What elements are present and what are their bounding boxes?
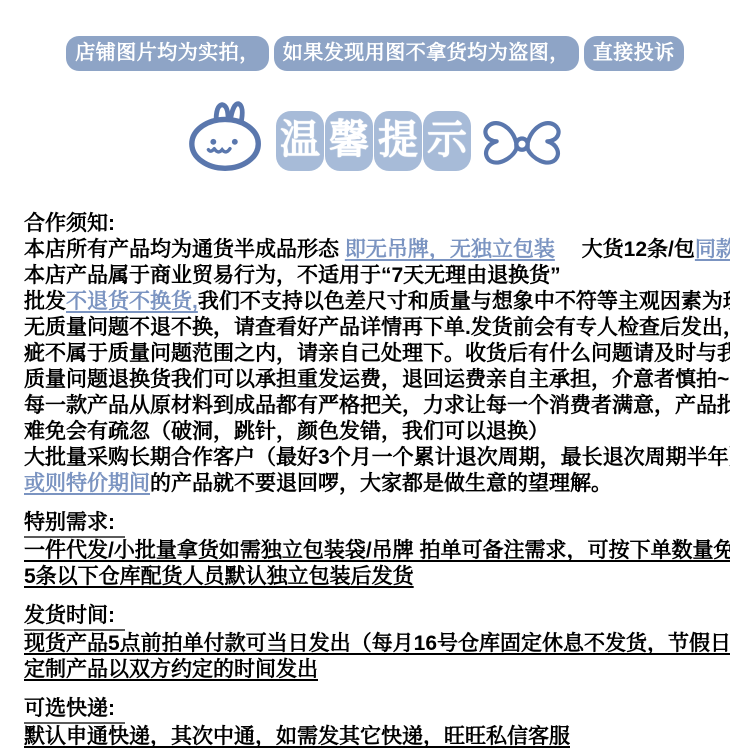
notice-text: 的产品就不要退回啰，大家都是做生意的望理解。 (150, 472, 612, 495)
special-needs-heading: 特别需求: (24, 510, 730, 538)
notice-line: 默认申通快递，其次中通，如需发其它快递，旺旺私信客服 (24, 724, 730, 750)
notice-line: 一件代发/小批量拿货如需独立包装袋/吊牌 拍单可备注需求，可按下单数量免费提供 (24, 538, 730, 564)
highlight-same-style-text: 同款同色同码 (695, 238, 730, 261)
highlight-no-tag-text: 即无吊牌，无独立包装 (345, 238, 555, 261)
notice-line: 大批量采购长期合作客户（最好3个月一个累计退次周期，最长退次周期半年）已售空下架 (24, 445, 730, 471)
section-express-options: 可选快递: 默认申通快递，其次中通，如需发其它快递，旺旺私信客服 (24, 696, 730, 750)
notice-text: 大货12条/包 (555, 238, 695, 261)
section-special-needs: 特别需求: 一件代发/小批量拿货如需独立包装袋/吊牌 拍单可备注需求，可按下单数… (24, 510, 730, 590)
notice-line: 或则特价期间的产品就不要退回啰，大家都是做生意的望理解。 (24, 471, 730, 497)
express-options-heading: 可选快递: (24, 696, 730, 724)
store-notice-banner: 店铺图片均为实拍， 如果发现用图不拿货均为盗图， 直接投诉 (0, 36, 750, 71)
notice-line: 本店产品属于商业贸易行为，不适用于“7天无理由退换货” (24, 263, 730, 289)
cooperation-heading: 合作须知: (24, 211, 730, 237)
notice-line: 质量问题退换货我们可以承担重发运费，退回运费亲自主承担，介意者慎拍~ (24, 367, 730, 393)
cat-face-icon (184, 97, 270, 180)
notice-line: 无质量问题不退不换，请查看好产品详情再下单.发货前会有专人检查后发出，一些小瑕 (24, 315, 730, 341)
banner-segment: 如果发现用图不拿货均为盗图， (274, 36, 579, 71)
notice-line: 难免会有疏忽（破洞，跳针，颜色发错，我们可以退换） (24, 419, 730, 445)
heading-text: 可选快递: (24, 697, 125, 724)
notice-line: 批发不退货不换货,我们不支持以色差尺寸和质量与想象中不符等主观因素为理由退换货， (24, 289, 730, 315)
heading-text: 发货时间: (24, 604, 125, 631)
notice-text: 我们不支持以色差尺寸和质量与想象中不符等主观因素为理由退换货， (198, 290, 730, 313)
title-char: 示 (423, 111, 471, 171)
highlight-special-price-text: 或则特价期间 (24, 472, 150, 495)
section-shipping-time: 发货时间: 现货产品5点前拍单付款可当日发出（每月16号仓库固定休息不发货，节假… (24, 603, 730, 683)
banner-segment: 直接投诉 (584, 36, 684, 71)
heading-text: 特别需求: (24, 511, 125, 538)
title-char: 提 (374, 111, 422, 171)
title-char: 温 (276, 111, 324, 171)
notice-line: 定制产品以双方约定的时间发出 (24, 657, 730, 683)
notice-text: 本店所有产品均为通货半成品形态 (24, 238, 345, 261)
notice-line: 每一款产品从原材料到成品都有严格把关，力求让每一个消费者满意，产品批量人工生产， (24, 393, 730, 419)
highlight-no-return-text: 不退货不换货, (66, 290, 198, 313)
notice-content: 合作须知: 本店所有产品均为通货半成品形态 即无吊牌，无独立包装 大货12条/包… (0, 211, 750, 750)
title-row: 温 馨 提 示 (0, 101, 750, 181)
notice-text: 批发 (24, 290, 66, 313)
shipping-time-heading: 发货时间: (24, 603, 730, 631)
notice-line: 本店所有产品均为通货半成品形态 即无吊牌，无独立包装 大货12条/包同款同色同码 (24, 237, 730, 263)
notice-line: 5条以下仓库配货人员默认独立包装后发货 (24, 564, 730, 590)
banner-segment: 店铺图片均为实拍， (66, 36, 269, 71)
bow-icon (478, 115, 566, 182)
notice-line: 现货产品5点前拍单付款可当日发出（每月16号仓库固定休息不发货，节假日顺延），预… (24, 631, 730, 657)
notice-text: 大批量采购长期合作客户（最好3个月一个累计退次周期，最长退次周期半年）已 (24, 446, 730, 469)
page-title: 温 馨 提 示 (276, 111, 472, 171)
notice-line: 疵不属于质量问题范围之内，请亲自己处理下。收货后有什么问题请及时与我们联系沟通， (24, 341, 730, 367)
section-cooperation: 合作须知: 本店所有产品均为通货半成品形态 即无吊牌，无独立包装 大货12条/包… (24, 211, 730, 497)
title-char: 馨 (325, 111, 373, 171)
